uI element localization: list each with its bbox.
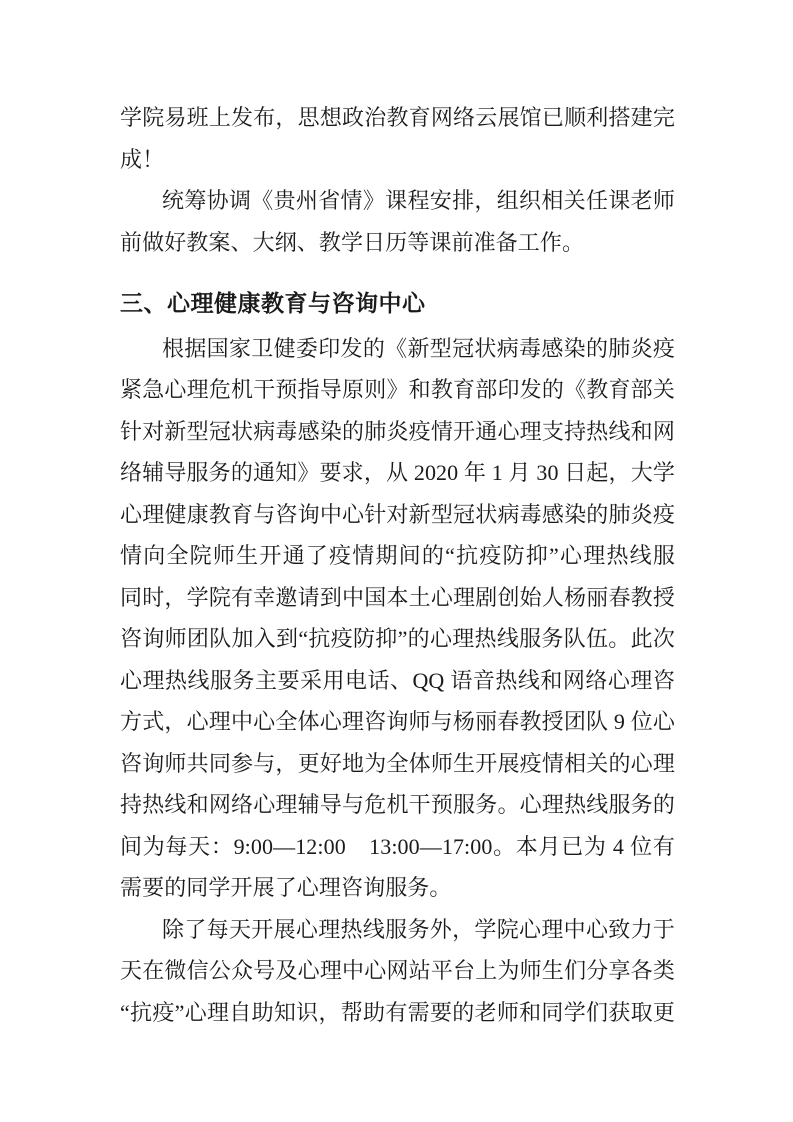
text-line: 成！ — [120, 139, 675, 181]
text-line: 方式，心理中心全体心理咨询师与杨丽春教授团队 9 位心理 — [120, 701, 675, 743]
paragraph: 统筹协调《贵州省情》课程安排，组织相关任课老师提前做好教案、大纲、教学日历等课前… — [120, 180, 675, 263]
text-line: 情向全院师生开通了疫情期间的“抗疫防抑”心理热线服务。 — [120, 535, 675, 577]
text-line: 咨询师共同参与，更好地为全体师生开展疫情相关的心理支 — [120, 743, 675, 785]
text-line: “抗疫”心理自助知识，帮助有需要的老师和同学们获取更 — [120, 992, 675, 1034]
text-line: 间为每天：9:00—12:00 13:00—17:00。本月已为 4 位有 — [120, 826, 675, 868]
text-line: 心理热线服务主要采用电话、QQ 语音热线和网络心理咨询的 — [120, 660, 675, 702]
text-line: 天在微信公众号及心理中心网站平台上为师生们分享各类 — [120, 950, 675, 992]
text-line: 除了每天开展心理热线服务外，学院心理中心致力于每 — [120, 909, 675, 951]
section-heading: 三、心理健康教育与咨询中心 — [120, 283, 675, 325]
text-line: 紧急心理危机干预指导原则》和教育部印发的《教育部关于 — [120, 369, 675, 411]
text-line: 针对新型冠状病毒感染的肺炎疫情开通心理支持热线和网 — [120, 411, 675, 453]
document-page: 学院易班上发布，思想政治教育网络云展馆已顺利搭建完成！统筹协调《贵州省情》课程安… — [0, 0, 793, 1122]
text-line: 持热线和网络心理辅导与危机干预服务。心理热线服务的时 — [120, 784, 675, 826]
text-line: 需要的同学开展了心理咨询服务。 — [120, 867, 675, 909]
text-line: 学院易班上发布，思想政治教育网络云展馆已顺利搭建完 — [120, 97, 675, 139]
text-line: 咨询师团队加入到“抗疫防抑”的心理热线服务队伍。此次 — [120, 618, 675, 660]
page-content: 学院易班上发布，思想政治教育网络云展馆已顺利搭建完成！统筹协调《贵州省情》课程安… — [120, 97, 675, 1033]
paragraph: 学院易班上发布，思想政治教育网络云展馆已顺利搭建完成！ — [120, 97, 675, 180]
text-line: 统筹协调《贵州省情》课程安排，组织相关任课老师提 — [120, 180, 675, 222]
text-line: 心理健康教育与咨询中心针对新型冠状病毒感染的肺炎疫 — [120, 494, 675, 536]
paragraph: 根据国家卫健委印发的《新型冠状病毒感染的肺炎疫情紧急心理危机干预指导原则》和教育… — [120, 328, 675, 909]
text-line: 络辅导服务的通知》要求，从 2020 年 1 月 30 日起，大学生 — [120, 452, 675, 494]
text-line: 根据国家卫健委印发的《新型冠状病毒感染的肺炎疫情 — [120, 328, 675, 370]
text-line: 同时，学院有幸邀请到中国本土心理剧创始人杨丽春教授的 — [120, 577, 675, 619]
text-line: 前做好教案、大纲、教学日历等课前准备工作。 — [120, 222, 675, 264]
paragraph: 除了每天开展心理热线服务外，学院心理中心致力于每天在微信公众号及心理中心网站平台… — [120, 909, 675, 1034]
